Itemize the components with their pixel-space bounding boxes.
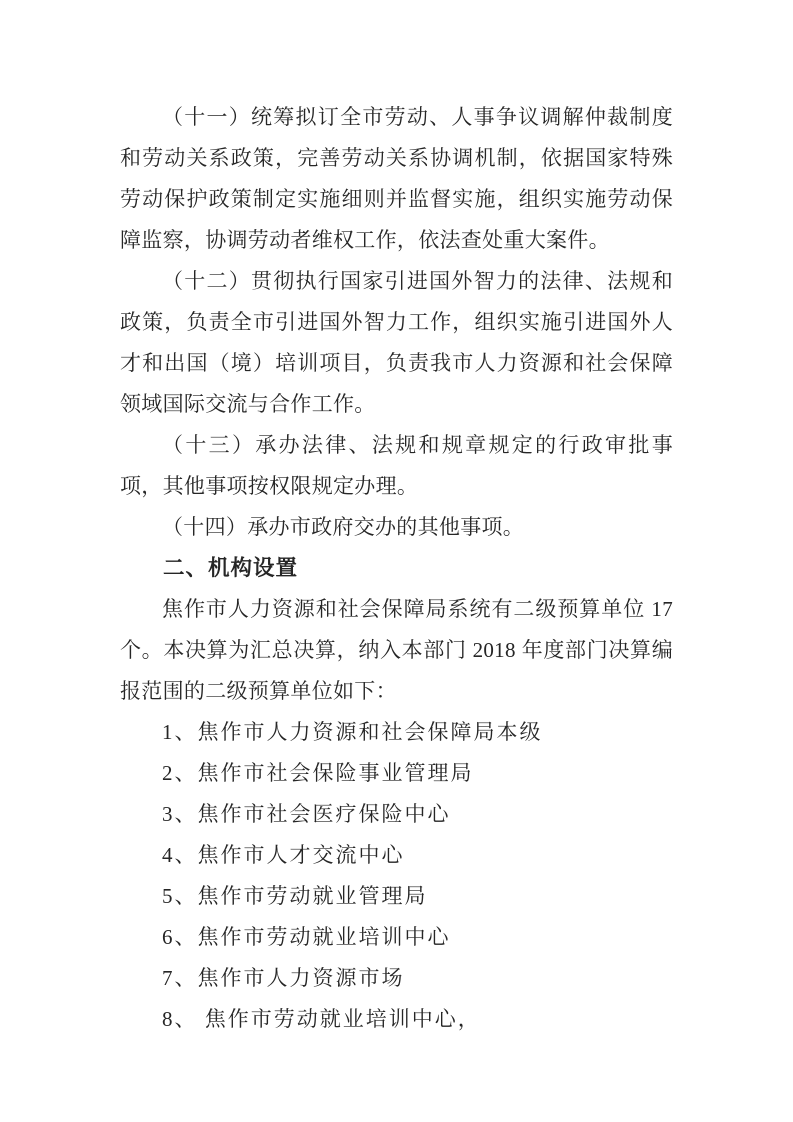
- intro-paragraph: 焦作市人力资源和社会保障局系统有二级预算单位 17 个。本决算为汇总决算，纳入本…: [120, 589, 673, 712]
- budget-unit-1: 1、焦作市人力资源和社会保障局本级: [120, 712, 673, 753]
- budget-unit-6: 6、焦作市劳动就业培训中心: [120, 917, 673, 958]
- document-page: （十一）统筹拟订全市劳动、人事争议调解仲裁制度和劳动关系政策，完善劳动关系协调机…: [0, 0, 793, 1122]
- budget-unit-3: 3、焦作市社会医疗保险中心: [120, 794, 673, 835]
- budget-unit-2: 2、焦作市社会保险事业管理局: [120, 753, 673, 794]
- document-content: （十一）统筹拟订全市劳动、人事争议调解仲裁制度和劳动关系政策，完善劳动关系协调机…: [120, 97, 673, 1040]
- budget-unit-4: 4、焦作市人才交流中心: [120, 835, 673, 876]
- budget-unit-5: 5、焦作市劳动就业管理局: [120, 876, 673, 917]
- duty-paragraph-11: （十一）统筹拟订全市劳动、人事争议调解仲裁制度和劳动关系政策，完善劳动关系协调机…: [120, 97, 673, 261]
- budget-unit-7: 7、焦作市人力资源市场: [120, 958, 673, 999]
- duty-paragraph-13: （十三）承办法律、法规和规章规定的行政审批事项，其他事项按权限规定办理。: [120, 425, 673, 507]
- section-heading-organization: 二、机构设置: [120, 548, 673, 589]
- duty-paragraph-12: （十二）贯彻执行国家引进国外智力的法律、法规和政策，负责全市引进国外智力工作，组…: [120, 261, 673, 425]
- duty-paragraph-14: （十四）承办市政府交办的其他事项。: [120, 507, 673, 548]
- budget-unit-8: 8、 焦作市劳动就业培训中心，: [120, 999, 673, 1040]
